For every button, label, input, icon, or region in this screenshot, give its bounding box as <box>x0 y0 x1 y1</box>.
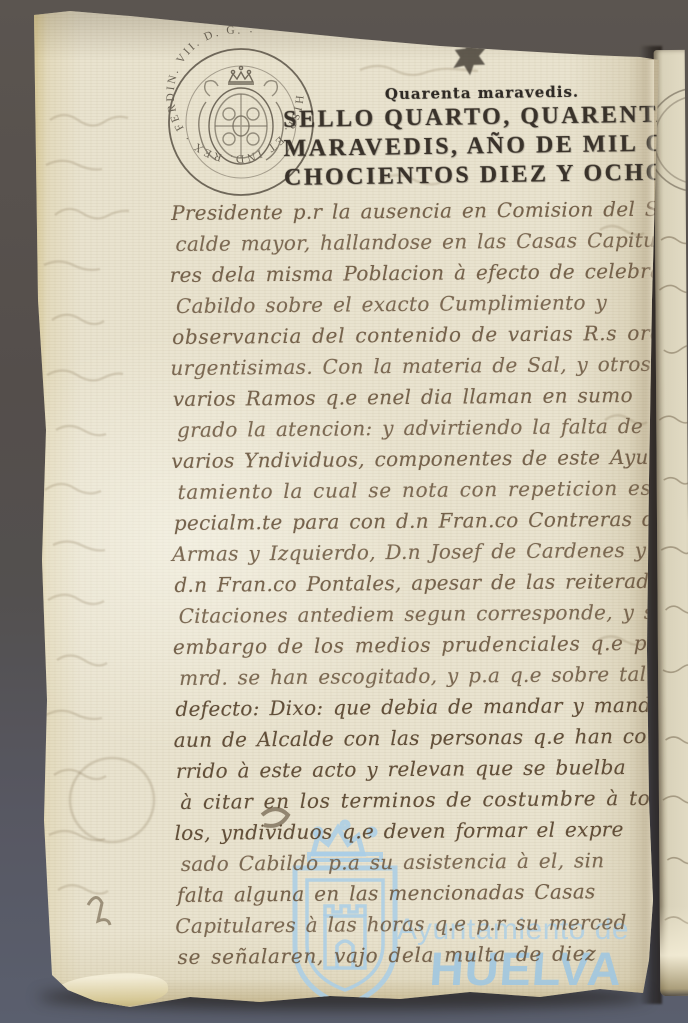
manuscript-line: aun de Alcalde con las personas q.e han … <box>174 721 678 756</box>
manuscript-line: Capitulares à las horas q.e p.r su merce… <box>175 907 679 942</box>
scanned-document-photo: Ayuntamiento de HUELVA HISP. ET IND. REX… <box>0 0 688 1023</box>
manuscript-line: Presidente p.r la ausencia en Comision d… <box>171 194 673 229</box>
manuscript-line: rrido à este acto y relevan que se buelb… <box>176 752 678 787</box>
manuscript-line: mrd. se han escogitado, y p.a q.e sobre … <box>179 659 677 694</box>
manuscript-line: pecialm.te para con d.n Fran.co Contrera… <box>174 504 676 539</box>
facing-page-bottom-curl <box>660 906 688 996</box>
manuscript-line: urgentisimas. Con la materia de Sal, y o… <box>170 349 674 384</box>
manuscript-line: Citaciones antediem segun corresponde, y… <box>179 597 677 632</box>
manuscript-line: defecto: Dixo: que debia de mandar y man… <box>175 690 677 725</box>
manuscript-line: grado la atencion: y advirtiendo la falt… <box>177 411 675 446</box>
manuscript-line: falta alguna en las mencionadas Casas <box>177 876 679 911</box>
manuscript-page: Ayuntamiento de HUELVA HISP. ET IND. REX… <box>0 0 688 1023</box>
ink-cross-mark <box>450 32 492 78</box>
manuscript-line: tamiento la cual se nota con repeticion … <box>177 473 675 508</box>
manuscript-line: sado Cabildo p.a su asistencia à el, sin <box>181 845 679 880</box>
manuscript-line: embargo de los medios prudenciales q.e p… <box>173 628 677 663</box>
manuscript-line: Cabildo sobre el exacto Cumplimiento y <box>176 287 674 322</box>
manuscript-line: à citar en los terminos de costumbre à t… <box>180 783 678 818</box>
manuscript-line: varios Yndividuos, componentes de este A… <box>171 442 675 477</box>
manuscript-line: los, yndividuos q.e deven formar el expr… <box>174 814 678 849</box>
sello-heading: SELLO QUARTO, QUARENTAMARAVEDIS, AÑO DE … <box>283 101 678 193</box>
manuscript-body: Presidente p.r la ausencia en Comision d… <box>171 194 680 973</box>
facing-page-edge <box>654 50 688 996</box>
manuscript-line: calde mayor, hallandose en las Casas Cap… <box>175 225 673 260</box>
sello-heading-line: CHOCIENTOS DIEZ Y OCHO. <box>284 158 678 192</box>
manuscript-line: se señalaren, vajo dela multa de diez <box>177 938 679 973</box>
manuscript-line: varios Ramos q.e enel dia llaman en sumo <box>173 380 675 415</box>
ink-specks <box>534 32 580 50</box>
manuscript-line: d.n Fran.co Pontales, apesar de las reit… <box>174 566 676 601</box>
facing-page-writing-traces <box>654 50 688 996</box>
manuscript-line: Armas y Izquierdo, D.n Josef de Cardenes… <box>172 535 676 570</box>
manuscript-line: res dela misma Poblacion à efecto de cel… <box>170 256 674 291</box>
manuscript-line: observancia del contenido de varias R.s … <box>172 318 674 353</box>
